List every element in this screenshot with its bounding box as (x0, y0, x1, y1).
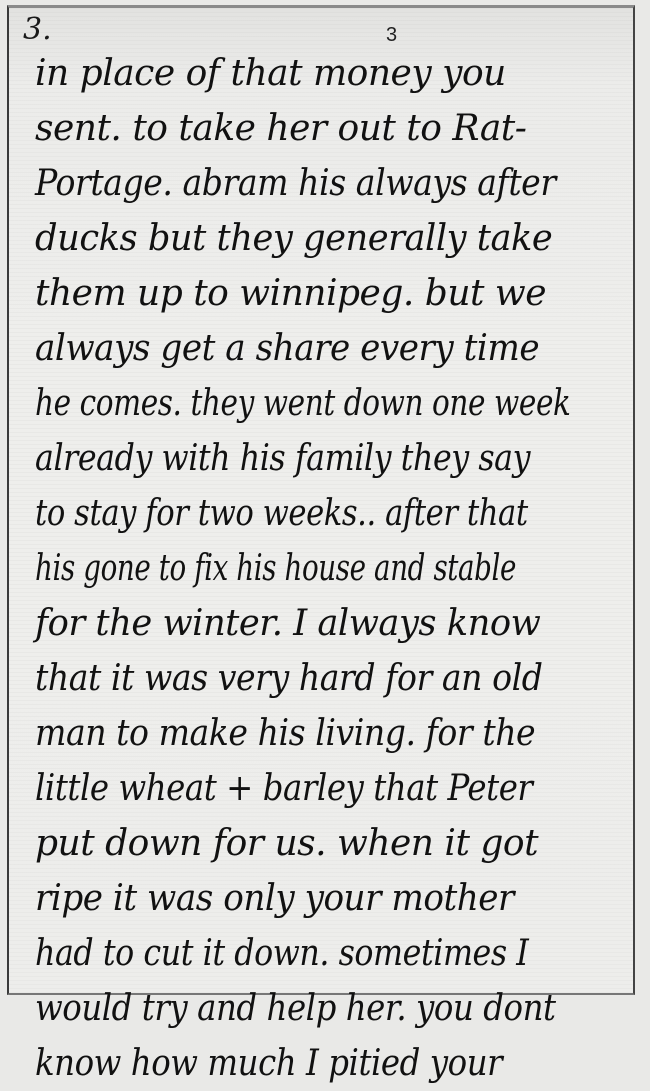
text-line: sent. to take her out to Rat- (35, 101, 635, 156)
letter-page: 3. 3 in place of that money you sent. to… (7, 5, 635, 995)
text-line: little wheat + barley that Peter (35, 761, 575, 816)
text-line: to stay for two weeks.. after that (35, 486, 545, 541)
text-line: his gone to fix his house and stable (35, 541, 497, 596)
text-line: them up to winnipeg. but we (35, 266, 635, 321)
page-number-top: 3 (386, 24, 397, 47)
text-line: already with his family they say (35, 431, 563, 486)
text-line: would try and help her. you dont (35, 981, 575, 1000)
text-line: in place of that money you (35, 46, 635, 101)
text-line: ripe it was only your mother (35, 871, 605, 926)
text-line: for the winter. I always know (35, 596, 623, 651)
text-line: that it was very hard for an old (35, 651, 587, 706)
text-line: he comes. they went down one week (35, 376, 527, 431)
text-line: always get a share every time (35, 321, 605, 376)
text-line: had to cut it down. sometimes I (35, 926, 563, 981)
text-line: put down for us. when it got (35, 816, 635, 871)
page-number-corner: 3. (23, 12, 52, 47)
text-line: ducks but they generally take (35, 211, 623, 266)
text-line: man to make his living. for the (35, 706, 587, 761)
handwritten-text-block: in place of that money you sent. to take… (35, 46, 635, 1000)
text-line: Portage. abram his always after (35, 156, 587, 211)
